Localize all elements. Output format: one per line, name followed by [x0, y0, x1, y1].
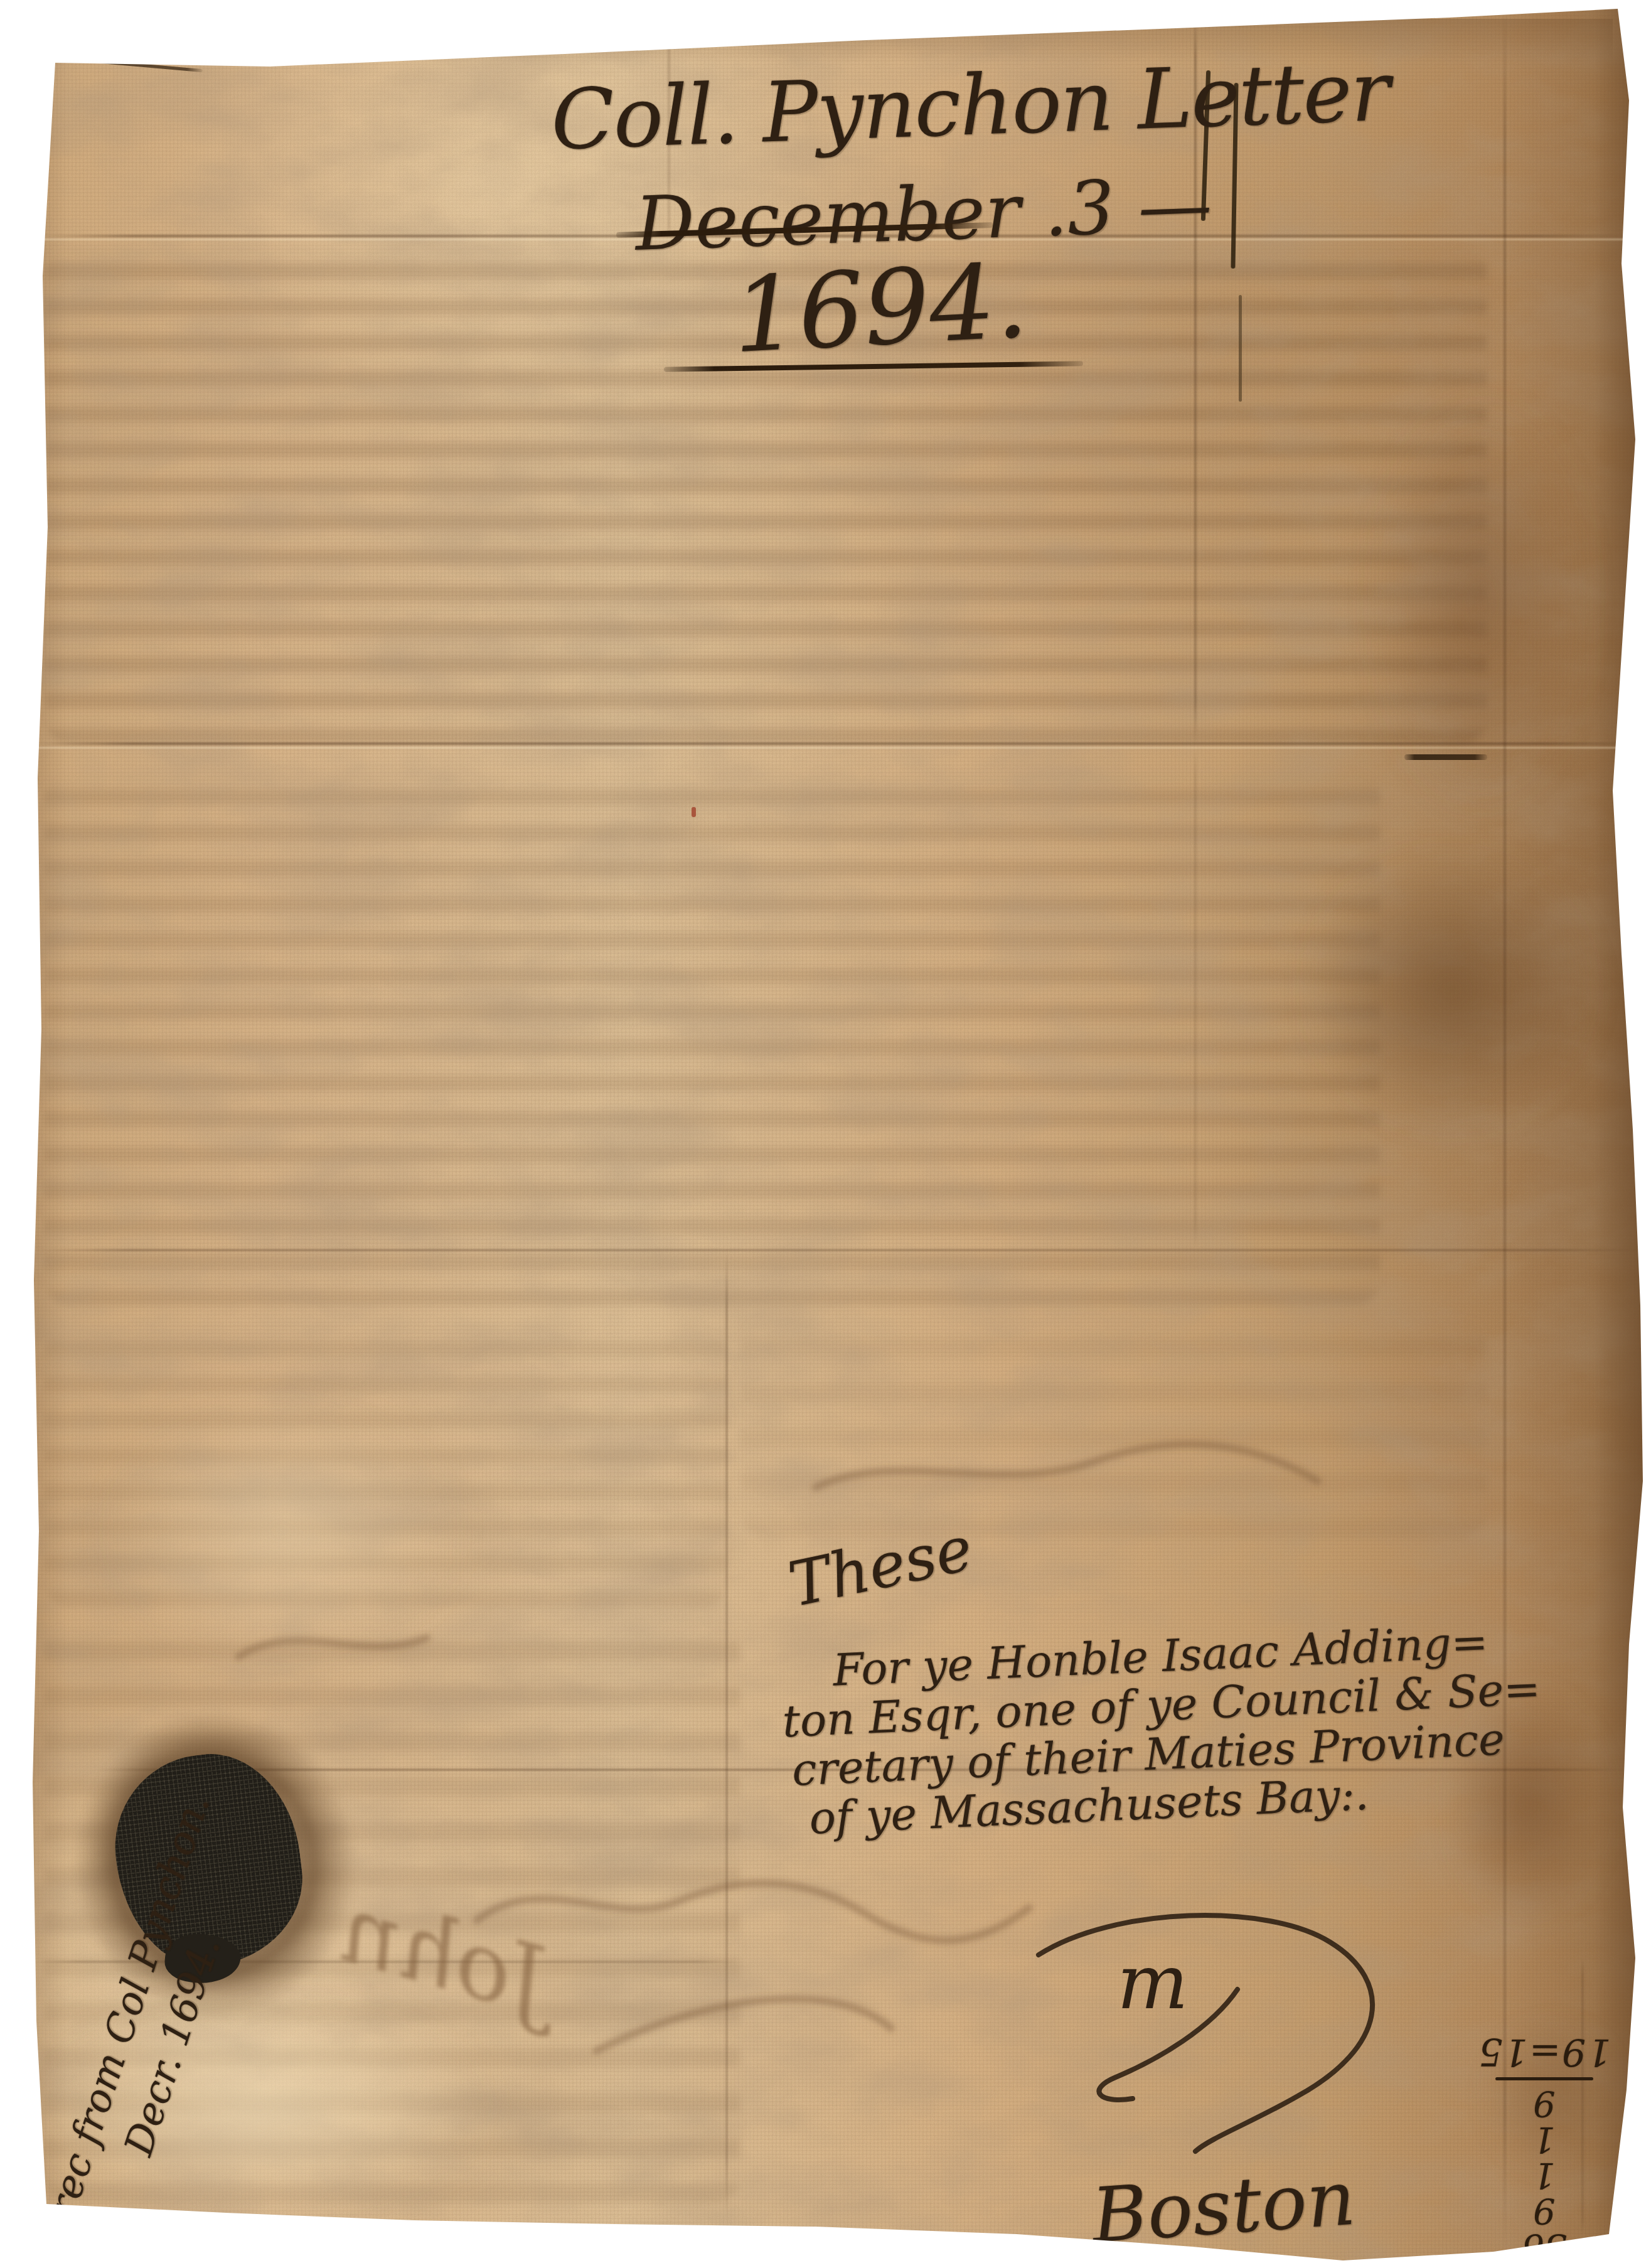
fold-crease-vertical-3	[1504, 6, 1506, 2253]
account-entry: 9	[1473, 2193, 1615, 2228]
scan-canvas: Coll. Pynchon Letter December .3 — 1694.…	[0, 0, 1651, 2268]
postal-mark-flourish: m	[1004, 1889, 1406, 2178]
address-block: For ye Honble Isaac Adding= ton Esqr, on…	[779, 1615, 1546, 1844]
fold-crease-horizontal-2	[35, 742, 1641, 745]
fold-crease-vertical-2	[725, 1249, 728, 2218]
fold-crease-vertical-1b	[1194, 747, 1197, 1249]
account-sum-rule	[1495, 2077, 1593, 2080]
account-entry: 9	[1473, 2085, 1615, 2121]
tally-stroke-3	[1239, 295, 1242, 402]
account-entry: 1	[1473, 2157, 1615, 2193]
postal-mark-letter: m	[1117, 1939, 1189, 2026]
docket-title-line-3: 1694.	[730, 241, 1030, 376]
fold-crease-horizontal-3	[35, 1249, 1641, 1251]
account-total: 19=15	[1473, 2032, 1615, 2071]
letter-paper: Coll. Pynchon Letter December .3 — 1694.…	[0, 0, 1651, 2268]
account-entry: 1	[1473, 2121, 1615, 2157]
ink-smear-on-crease	[1404, 754, 1487, 760]
account-figures: 36 9 1 1 9 19=15	[1473, 2032, 1615, 2264]
fold-crease-highlight-2	[35, 747, 1641, 749]
account-entry: 36	[1473, 2228, 1615, 2264]
